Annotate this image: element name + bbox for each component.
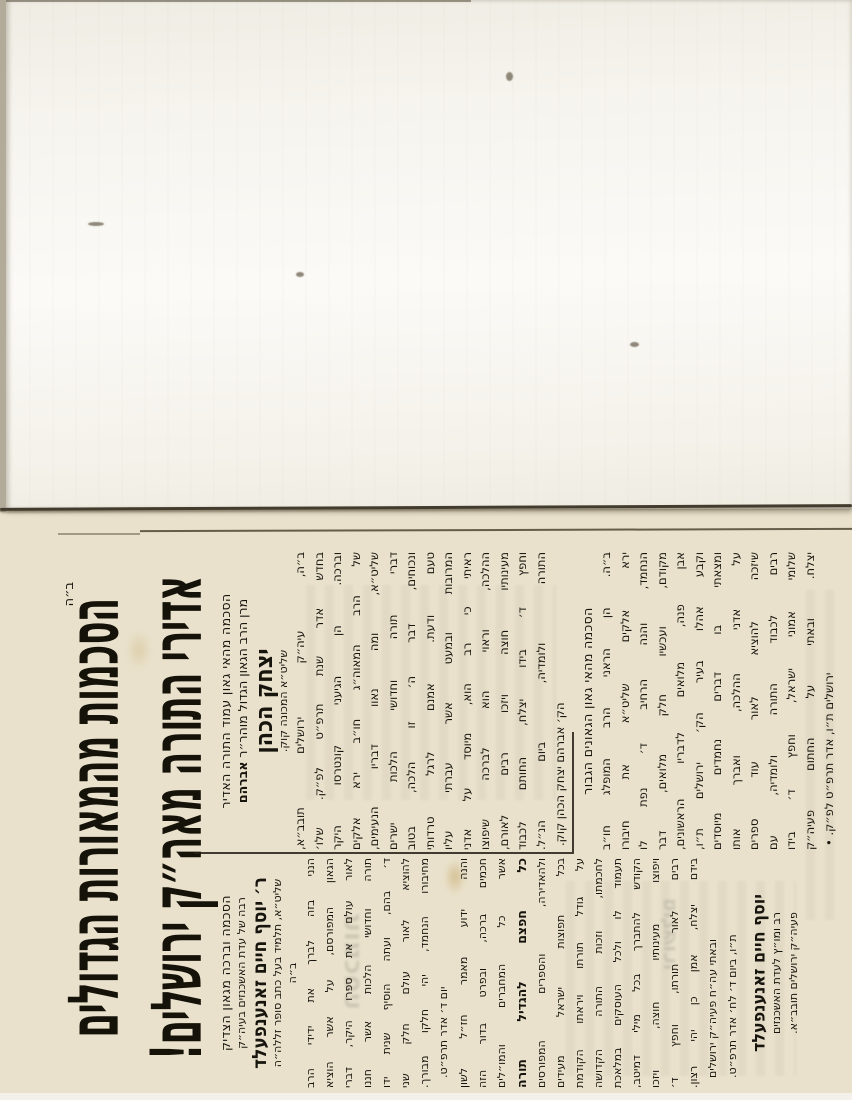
printed-haskamot-page: הסכמות ירושלים ב״ה הסכמות מהמאורות הגדול… [6,538,852,1100]
scanner-bed-bottom [0,1093,852,1100]
text-line: המרובות ובמעט אשר עברתי עליו [439,552,458,850]
haskama3-bold-phrase: כל חפצם להגדיל תורה [511,858,532,1088]
haskama3-dateline: יום ד׳ אדר תרפ״ט. [434,858,454,1088]
text-line: הגאון המפורסם, על אשר הוציא [320,858,339,1088]
text-line: ראיתי כי רב הוא, מיוסד על אדני [458,552,477,850]
text-line: פעיה״ק ירושלים תובב״א. [785,858,802,1088]
text-line: ב״ה. הן הראני הרב המופלג חו״ב [597,552,616,850]
text-line: ונכוחים, דבר ה׳ זו הלכה, בטוב [402,552,421,850]
haskama3-besiyata: ב״ה [286,858,299,1088]
page-top-edge-line [6,0,471,2]
text-line: הנחמד, והנה הרחיב ד׳ נפת לו [634,552,653,850]
text-line: והנה ידוע מאמר חז״ל לשון [454,858,473,1088]
haskama2-body: ב״ה. הן הראני הרב המופלג חו״בירא אלקים ש… [597,552,819,850]
scanned-book-spread: הסכמות ירושלים ב״ה הסכמות מהמאורות הגדול… [0,0,852,1100]
haskamot-page-content: הסכמות ירושלים ב״ה הסכמות מהמאורות הגדול… [6,538,852,1100]
column-right: הסכמה מהאי גאון עמוד התורה האדיר מרן הרב… [218,552,839,850]
haskama3-body-a: הנני בזה לברך את ידידי הרבהגאון המפורסם,… [301,858,434,1088]
paper-speck [506,72,513,81]
column-divider-rule [194,852,574,854]
paper-speck [88,222,104,226]
haskama3-header-line2: רבה של עדת האשכנזים בעיה״ק [235,858,248,1088]
haskama2-header: הסכמה מהאי גאון הגאונים הגבור [580,552,595,850]
haskama3-body-b2: ולהאדירה, והספרים המפורסיםבכל תפוצות ישר… [532,858,703,1088]
text-line: בידם יצלח, אמן כן יהי רצון. [684,858,703,1088]
text-line: יצלח. ובאתי על החתום פעיה״ק [801,552,820,850]
text-line: וברכה. הן הגיעני קונטרסו היקר [328,552,347,850]
text-line: שליט״א, ומה נאוו דבריו הנעימים, [365,552,384,850]
text-line: ולהאדירה, והספרים המפורסים [532,858,551,1088]
text-line: מחיבורו הנחמד, יהי חלקו מבורך. [415,858,434,1088]
name-prefix-bold: אברהם [235,762,250,804]
text-line: ד׳ בהם, ועתה הוסיף שנית ידו [377,858,396,1088]
text-line: טעם ודעת. אמנם לרגל טרדותי [421,552,440,850]
text-line: רבים לכבוד התורה ולומדיה, עם [764,552,783,850]
text-line: אבן פנה, מלואים לדבריו הראשונים, [671,552,690,850]
text-line: הקודש להתברך בכל מילי דמיטב, [627,858,646,1088]
paper-speck [296,272,304,277]
text-line: ההלכה, וראוי הוא לברכה שיפוצו [476,552,495,850]
haskama3-header-line1: הסכמה וברכה מגאון הצדיק [218,858,233,1088]
printed-page-fold-edge [140,528,852,532]
text-line: ומצאתי בו דברים נחמדים מיוסדים [708,552,727,850]
haskama1-header: הסכמה מהאי גאון עמוד התורה האדיר [218,552,233,850]
haskama3-closing-lines: רב ומו״ץ לעדת האשכנזיםפעיה״ק ירושלים תוב… [768,858,802,1088]
blank-verso-page [6,0,852,509]
text-line: ב״ה, עיה״ק ירושלים תובב״א, [291,552,310,850]
text-line: אשר כל המחברים והמו״לים [492,858,511,1088]
text-line: להוציא לאור עולם חלק שני [396,858,415,1088]
haskama1-name-bold: יצחק הכהן [250,552,278,850]
text-line: הנני בזה לברך את ידידי הרב [301,858,320,1088]
column-left: הסכמה וברכה מגאון הצדיק רבה של עדת האשכנ… [218,858,802,1088]
haskama3-closing-date-2: ת״ו, ביום ד׳ לח׳ אדר תרפ״ט. [723,858,743,1088]
haskama1-signature: הק׳ אברהם יצחק הכהן קוק. [550,552,570,850]
text-line: ויפוצו מעינותיו חוצה, ויזכו [646,858,665,1088]
paper-speck [630,342,639,347]
haskama1-name-prefix: מרן הרב הגאון הגדול מוהר״ר אברהם [235,552,250,850]
text-line: וקבע אהלו בעיר הק׳ ירושלים ת״ו, [690,552,709,850]
text-line: רב ומו״ץ לעדת האשכנזים [768,858,785,1088]
text-line: של הרב המאוה״ג חו״ב ירא אלקים [347,552,366,850]
text-line: בחדש אדר שנת תרפ״ט לפ״ק. שלו׳ [310,552,329,850]
haskama3-body-b1: והנה ידוע מאמר חז״ל לשוןחכמים ברכה, ובפר… [454,858,511,1088]
text-line: שלומי אמוני ישראל, וחפץ ד׳ בידו [782,552,801,850]
haskama1-name-suffix: שליט״א המכונה קוק. [277,552,290,850]
text-line: לאור עולם את ספרו היקר, דברי [339,858,358,1088]
text-line: מקודם, ועכשיו חלק מלואים, דבר [653,552,672,850]
text-line: תורה וחדושי הלכות אשר חננו [358,858,377,1088]
haskama3-name-subtitle: שליט״א, תלמיד בעל כתב סופר זללה״ה [271,858,284,1088]
haskama3-closing-date-1: ובאתי עה״ח פעיה״ק ירושלים [703,858,723,1088]
scanner-bed-edge [0,0,6,512]
text-line: שיזכה להוציא לאור עוד ספרים [745,552,764,850]
text-line: ירא אלקים שליט״א את חיבורו [616,552,635,850]
haskama3-signature-bold: יוסף חיים זאנענפעלד [748,858,769,1088]
text-line: דברי תורה וחדושי הלכות ישרים [384,552,403,850]
page-title-line-1: הסכמות מהמאורות הגדולים [56,566,136,1070]
printed-page-fold-edge-short [58,533,140,535]
scanner-streaks [6,0,852,509]
name-prefix-text: מרן הרב הגאון הגדול מוהר״ר [235,599,250,758]
page-title-line-2: אדירי התורה מאה״ק ירושלים! [139,566,219,1070]
haskama2-signature: ירושלים ת״ו, אדר תרפ״ט לפ״ק. • [819,552,839,850]
text-line: על גודל תורתו ויראתו הקודמת [570,858,589,1088]
haskama1-body: ב״ה, עיה״ק ירושלים תובב״א,בחדש אדר שנת ת… [291,552,550,850]
text-line: וחפץ ד׳ בידו יצלח, החותם לכבוד [513,552,532,850]
text-line: חכמים ברכה, ובפרט בדור הזה [473,858,492,1088]
text-line: התורה ולומדיה, ביום הנ״ל. [532,552,551,850]
haskama3-name-bold: ר׳ יוסף חיים זאנענפעלד [249,858,272,1088]
text-line: תעמוד לו ולכל העוסקים במלאכת [608,858,627,1088]
text-line: על אדני ההלכה, ואברך אותו [727,552,746,850]
text-line: רבים לאור תורתו, וחפץ ד׳ [665,858,684,1088]
text-line: בכל תפוצות ישראל מעידים [551,858,570,1088]
text-line: לחכמתו, וזכות התורה הקדושה [589,858,608,1088]
text-line: מעינותיו חוצה ויזכו רבים לאורם, [495,552,514,850]
